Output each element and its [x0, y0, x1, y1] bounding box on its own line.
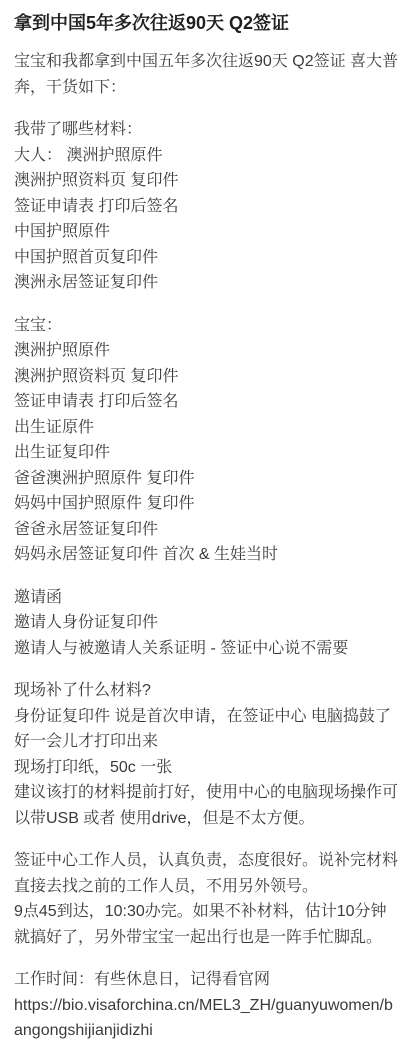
- paragraph: 身份证复印件 说是首次申请，在签证中心 电脑捣鼓了好一会儿才打印出来: [14, 704, 400, 755]
- paragraph: 9点45到达，10:30办完。如果不补材料，估计10分钟就搞好了，另外带宝宝一起…: [14, 899, 400, 950]
- blank-line: [14, 950, 400, 967]
- paragraph: 妈妈永居签证复印件 首次 & 生娃当时: [14, 542, 400, 568]
- paragraph: 澳洲护照资料页 复印件: [14, 168, 400, 194]
- paragraph: 爸爸永居签证复印件: [14, 517, 400, 543]
- paragraph: 澳洲护照原件: [14, 338, 400, 364]
- paragraph: 邀请人身份证复印件: [14, 610, 400, 636]
- paragraph: 澳洲永居签证复印件: [14, 270, 400, 296]
- paragraph: 中国护照原件: [14, 219, 400, 245]
- paragraph: 邀请人与被邀请人关系证明 - 签证中心说不需要: [14, 636, 400, 662]
- article: 拿到中国5年多次往返90天 Q2签证 宝宝和我都拿到中国五年多次往返90天 Q2…: [0, 0, 414, 1056]
- paragraph: 澳洲护照资料页 复印件: [14, 364, 400, 390]
- paragraph: 签证中心工作人员，认真负责，态度很好。说补完材料直接去找之前的工作人员，不用另外…: [14, 848, 400, 899]
- blank-line: [14, 568, 400, 585]
- paragraph: 现场打印纸，50c 一张: [14, 755, 400, 781]
- paragraph: 宝宝：: [14, 313, 400, 339]
- article-body: 宝宝和我都拿到中国五年多次往返90天 Q2签证 喜大普奔，干货如下：我带了哪些材…: [14, 49, 400, 1044]
- paragraph: 中国护照首页复印件: [14, 245, 400, 271]
- paragraph: 出生证复印件: [14, 440, 400, 466]
- paragraph: 签证申请表 打印后签名: [14, 194, 400, 220]
- blank-line: [14, 296, 400, 313]
- url-text: https://bio.visaforchina.cn/MEL3_ZH/guan…: [14, 993, 400, 1044]
- paragraph: 我带了哪些材料：: [14, 117, 400, 143]
- paragraph: 现场补了什么材料?: [14, 678, 400, 704]
- paragraph: 妈妈中国护照原件 复印件: [14, 491, 400, 517]
- paragraph: 邀请函: [14, 585, 400, 611]
- paragraph: 出生证原件: [14, 415, 400, 441]
- article-title: 拿到中国5年多次往返90天 Q2签证: [14, 10, 400, 36]
- paragraph: 宝宝和我都拿到中国五年多次往返90天 Q2签证 喜大普奔，干货如下：: [14, 49, 400, 100]
- paragraph: 签证申请表 打印后签名: [14, 389, 400, 415]
- paragraph: 大人： 澳洲护照原件: [14, 143, 400, 169]
- blank-line: [14, 100, 400, 117]
- blank-line: [14, 831, 400, 848]
- blank-line: [14, 661, 400, 678]
- paragraph: 工作时间：有些休息日，记得看官网: [14, 967, 400, 993]
- paragraph: 建议该打的材料提前打好，使用中心的电脑现场操作可以带USB 或者 使用drive…: [14, 780, 400, 831]
- paragraph: 爸爸澳洲护照原件 复印件: [14, 466, 400, 492]
